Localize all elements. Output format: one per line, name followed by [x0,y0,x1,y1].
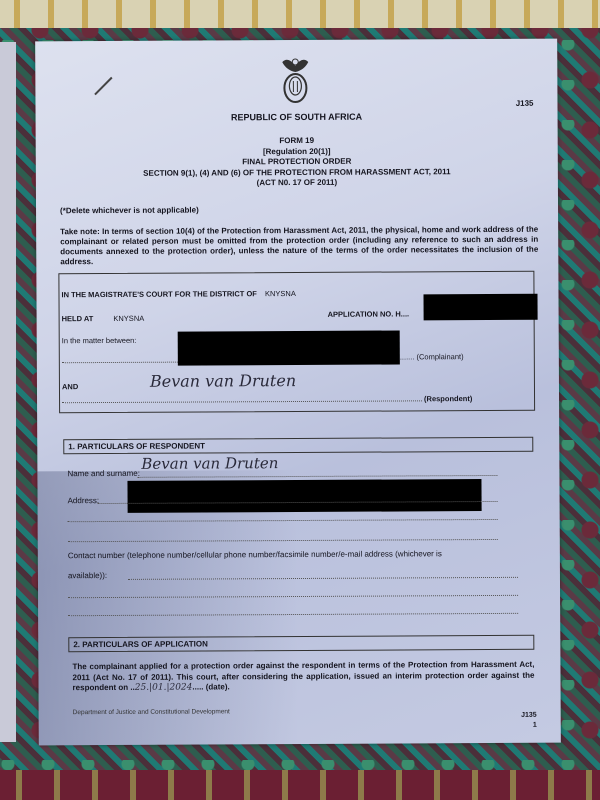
held-at-value: KNYSNA [113,314,144,323]
court-details-box: IN THE MAGISTRATE'S COURT FOR THE DISTRI… [58,271,535,413]
held-at-label: HELD AT [62,314,94,323]
interim-order-date: 25.|01.|2024 [135,683,193,693]
protection-order-document: J135 REPUBLIC OF SOUTH AFRICA FORM 19 [R… [35,39,561,746]
underlying-page-edge [0,42,16,742]
contact-label-continued: available)): [68,571,107,580]
name-label: Name and surname: [67,469,140,478]
section-2-header: 2. PARTICULARS OF APPLICATION [68,635,534,652]
application-paragraph: The complainant applied for a protection… [72,660,534,694]
respondent-name-field: Bevan van Druten [141,454,278,473]
form-code-top: J135 [516,99,534,108]
section-1-header: 1. PARTICULARS OF RESPONDENT [63,437,533,454]
application-number-redacted [423,294,537,321]
matter-label: In the matter between: [62,336,137,345]
background-tablecloth-top [0,0,600,28]
form-code-bottom: J135 [521,711,537,721]
respondent-name-handwritten: Bevan van Druten [150,371,296,391]
background-tablecloth-bottom [0,770,600,800]
application-number-label: APPLICATION NO. H.... [328,309,410,318]
complainant-name-redacted [178,330,400,365]
act-reference: (ACT N0. 17 OF 2011) [36,177,558,190]
take-note-paragraph: Take note: In terms of section 10(4) of … [60,225,538,268]
district-value: KNYSNA [265,289,296,298]
pen-mark [94,77,112,95]
delete-note: (*Delete whichever is not applicable) [60,206,199,216]
district-label: IN THE MAGISTRATE'S COURT FOR THE DISTRI… [61,289,256,299]
contact-label: Contact number (telephone number/cellula… [68,549,442,560]
address-label: Address: [68,496,100,505]
page-number: 1 [521,721,537,731]
form-heading: FORM 19 [Regulation 20(1)] FINAL PROTECT… [36,135,558,190]
footer-code: J135 1 [521,711,537,731]
department-footer: Department of Justice and Constitutional… [73,708,230,716]
and-label: AND [62,382,78,391]
respondent-label: (Respondent) [424,394,472,403]
address-redacted [127,479,481,513]
coat-of-arms-icon [278,56,312,104]
country-title: REPUBLIC OF SOUTH AFRICA [36,111,558,124]
complainant-label: ....... (Complainant) [400,352,464,361]
